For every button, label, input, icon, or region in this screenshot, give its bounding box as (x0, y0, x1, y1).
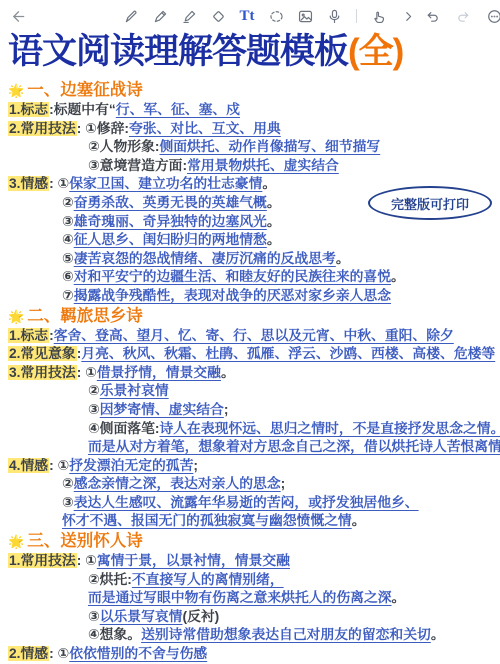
eraser-icon[interactable] (206, 5, 230, 27)
plain-text: ⑤ (62, 251, 74, 266)
plain-text: 。 (221, 365, 235, 380)
underlined-text: 而是从对方着笔，想象着对方思念自己之深，借以烘托诗人苦恨离情 (88, 439, 500, 454)
image-icon[interactable] (293, 5, 317, 27)
underlined-text: 寓情于景，以景衬情，情景交融 (97, 553, 290, 568)
highlighted-label: 4.情感 (8, 458, 49, 473)
plain-text: 。 (336, 251, 350, 266)
toolbar-tools-group: Tt (119, 5, 420, 27)
note-line: 2.常见意象:月亮、秋风、秋霜、杜鹃、孤雁、浮云、沙鸥、西楼、高楼、危楼等 (8, 345, 500, 364)
plain-text: 。 (267, 214, 281, 229)
note-line: ③表达人生感叹、流露年华易逝的苦闷，或抒发独居他乡、 (8, 494, 500, 513)
note-line: ②人物形象:侧面烘托、动作肖像描写、细节描写 (8, 138, 500, 157)
star-icon: 🌟 (8, 534, 24, 549)
highlighted-label: 3.常用技法 (8, 365, 77, 380)
highlighted-label: 1.标志 (8, 102, 49, 117)
plain-text: ; (224, 402, 229, 417)
underlined-text: 奋勇杀敌、英勇无畏的英雄气概 (74, 195, 267, 210)
highlighted-label: 1.标志 (8, 328, 49, 343)
note-line: 而是从对方着笔，想象着对方思念自己之深，借以烘托诗人苦恨离情 (8, 438, 500, 457)
plain-text: : ①修辞: (77, 121, 129, 136)
plain-text: ③ (62, 495, 74, 510)
note-line: ④侧面落笔:诗人在表现怀远、思归之情时，不是直接抒发思念之情。 (8, 420, 500, 439)
note-line: ⑦揭露战争残酷性，表现对战争的厌恶对家乡亲人思念 (8, 287, 500, 306)
note-line: ③因梦寄情、虚实结合; (8, 401, 500, 420)
underlined-text: 客舍、登高、望月、忆、寄、行、思以及元宵、中秋、重阳、除夕 (54, 328, 454, 343)
underlined-text: 因梦寄情、虚实结合 (100, 402, 224, 417)
toolbar: Tt (0, 0, 500, 29)
underlined-text: 乐景衬哀情 (100, 383, 169, 398)
highlighted-label: 2.常用技法 (8, 121, 77, 136)
more-options-icon[interactable] (482, 5, 500, 27)
highlighter-icon[interactable] (177, 5, 201, 27)
plain-text: ⑥ (62, 269, 74, 284)
underlined-text: 月亮、秋风、秋霜、杜鹃、孤雁、浮云、沙鸥、西楼、高楼、危楼等 (81, 346, 495, 361)
page-title-accent: (全) (348, 32, 403, 71)
plain-text: ; (281, 476, 286, 491)
plain-text: ② (88, 383, 100, 398)
plain-text: 。 (267, 195, 281, 210)
underlined-text: 凄苦哀怨的怨战情绪、凄厉沉痛的反战思考 (74, 251, 336, 266)
section-heading-3: 🌟三、送别怀人诗 (8, 531, 500, 552)
plain-text: 。 (391, 269, 405, 284)
plain-text: 。 (392, 590, 406, 605)
plain-text: 。 (431, 627, 445, 642)
microphone-icon[interactable] (322, 5, 346, 27)
underlined-text: 对和平安宁的边疆生活、和睦友好的民族往来的喜悦 (74, 269, 391, 284)
page-title: 语文阅读理解答题模板(全) (0, 29, 500, 74)
redo-icon[interactable] (451, 5, 475, 27)
note-line: ②感念亲情之深，表达对亲人的思念; (8, 475, 500, 494)
plain-text: (反衬) (182, 609, 219, 624)
underlined-text: 以乐景写哀情 (100, 609, 183, 624)
underlined-text: 怀才不遇、报国无门的孤独寂寞与幽怨愤慨之情 (62, 513, 352, 528)
toolbar-divider (356, 9, 357, 23)
page-title-main: 语文阅读理解答题模板 (8, 32, 348, 71)
highlighted-label: 2.情感 (8, 646, 49, 661)
underlined-text: 夸张、对比、互文、用典 (129, 121, 281, 136)
note-line: ③意境营造方面:常用景物烘托、虚实结合 (8, 157, 500, 176)
note-line: ②烘托:不直接写人的离情别绪， (8, 571, 500, 590)
note-line: ⑤凄苦哀怨的怨战情绪、凄厉沉痛的反战思考。 (8, 250, 500, 269)
plain-text: : ① (49, 176, 69, 191)
plain-text: ⑦ (62, 288, 74, 303)
highlighted-label: 1.常用技法 (8, 553, 77, 568)
note-line: 4.情感: ①抒发漂泊无定的孤苦; (8, 457, 500, 476)
plain-text: ③ (62, 214, 74, 229)
plain-text: ③ (88, 609, 100, 624)
note-content: 🌟一、边塞征战诗1.标志:标题中有“行、军、征、塞、戍2.常用技法: ①修辞:夸… (0, 74, 500, 664)
note-line: 而是通过写眼中物有伤离之意来烘托人的伤离之深。 (8, 589, 500, 608)
note-line: ④想象。送别诗常借助想象表达自己对朋友的留恋和关切。 (8, 626, 500, 645)
note-line: 怀才不遇、报国无门的孤独寂寞与幽怨愤慨之情。 (8, 512, 500, 531)
plain-text: ② (62, 476, 74, 491)
note-line: 2.常用技法: ①修辞:夸张、对比、互文、用典 (8, 120, 500, 139)
underlined-text: 送别诗常借助想象表达自己对朋友的留恋和关切 (141, 627, 431, 642)
underlined-text: 侧面烘托、动作肖像描写、细节描写 (159, 139, 380, 154)
pencil-icon[interactable] (148, 5, 172, 27)
underlined-text: 常用景物烘托、虚实结合 (187, 158, 339, 173)
note-line: 3.常用技法: ①借景抒情，情景交融。 (8, 364, 500, 383)
plain-text: ③ (88, 402, 100, 417)
printable-badge: 完整版可打印 (368, 186, 492, 220)
text-tool-icon[interactable]: Tt (235, 5, 259, 27)
underlined-text: 感念亲情之深，表达对亲人的思念 (74, 476, 281, 491)
plain-text: ③意境营造方面: (88, 158, 187, 173)
note-line: ④征人思乡、闺妇盼归的两地情愁。 (8, 231, 500, 250)
underlined-text: 保家卫国、建立功名的壮志豪情 (69, 176, 262, 191)
underlined-text: 抒发漂泊无定的孤苦 (69, 458, 193, 473)
note-line: ③以乐景写哀情(反衬) (8, 608, 500, 627)
note-line: ②乐景衬哀情 (8, 382, 500, 401)
note-line: 1.标志:标题中有“行、军、征、塞、戍 (8, 101, 500, 120)
chevron-right-icon[interactable] (396, 5, 420, 27)
section-heading-text: 三、送别怀人诗 (27, 532, 143, 550)
undo-icon[interactable] (420, 5, 444, 27)
underlined-text: 诗人在表现怀远、思归之情时，不是直接抒发思念之情。 (159, 421, 500, 436)
star-icon: 🌟 (8, 83, 24, 98)
underlined-text: 借景抒情，情景交融 (97, 365, 221, 380)
plain-text: :标题中有“ (49, 102, 116, 117)
underlined-text: 表达人生感叹、流露年华易逝的苦闷，或抒发独居他乡、 (74, 495, 419, 510)
note-line: 1.标志:客舍、登高、望月、忆、寄、行、思以及元宵、中秋、重阳、除夕 (8, 327, 500, 346)
highlighted-label: 2.常见意象 (8, 346, 77, 361)
plain-text: : ① (77, 553, 97, 568)
star-icon: 🌟 (8, 309, 24, 324)
toolbar-actions-group (420, 5, 500, 27)
section-heading-text: 一、边塞征战诗 (27, 81, 143, 99)
plain-text: 。 (352, 513, 366, 528)
plain-text: ②人物形象: (88, 139, 159, 154)
plain-text: : ① (49, 458, 69, 473)
back-arrow-icon[interactable] (10, 5, 27, 27)
section-heading-text: 二、羁旅思乡诗 (27, 307, 143, 325)
note-line: 2.情感: ①依依惜别的不舍与伤感 (8, 645, 500, 664)
underlined-text: 依依惜别的不舍与伤感 (69, 646, 207, 661)
section-heading-1: 🌟一、边塞征战诗 (8, 80, 500, 101)
plain-text: ④想象。 (88, 627, 141, 642)
lasso-icon[interactable] (264, 5, 288, 27)
plain-text: ②烘托: (88, 572, 132, 587)
plain-text: : ① (77, 365, 97, 380)
hand-gesture-icon[interactable] (367, 5, 391, 27)
underlined-text: 揭露战争残酷性，表现对战争的厌恶对家乡亲人思念 (74, 288, 391, 303)
highlighted-label: 3.情感 (8, 176, 49, 191)
plain-text: ② (62, 195, 74, 210)
plain-text: ; (193, 458, 198, 473)
plain-text: : ① (49, 646, 69, 661)
plain-text: 。 (267, 232, 281, 247)
section-heading-2: 🌟二、羁旅思乡诗 (8, 306, 500, 327)
underlined-text: 征人思乡、闺妇盼归的两地情愁 (74, 232, 267, 247)
underlined-text: 雄奇瑰丽、奇异独特的边塞风光 (74, 214, 267, 229)
underlined-text: 而是通过写眼中物有伤离之意来烘托人的伤离之深 (88, 590, 392, 605)
underlined-text: 不直接写人的离情别绪， (132, 572, 284, 587)
pen-icon[interactable] (119, 5, 143, 27)
plain-text: 。 (262, 176, 276, 191)
plain-text: ④ (62, 232, 74, 247)
note-line: ⑥对和平安宁的边疆生活、和睦友好的民族往来的喜悦。 (8, 268, 500, 287)
note-line: 1.常用技法: ①寓情于景，以景衬情，情景交融 (8, 552, 500, 571)
underlined-text: 行、军、征、塞、戍 (116, 102, 240, 117)
plain-text: ④侧面落笔: (88, 421, 159, 436)
